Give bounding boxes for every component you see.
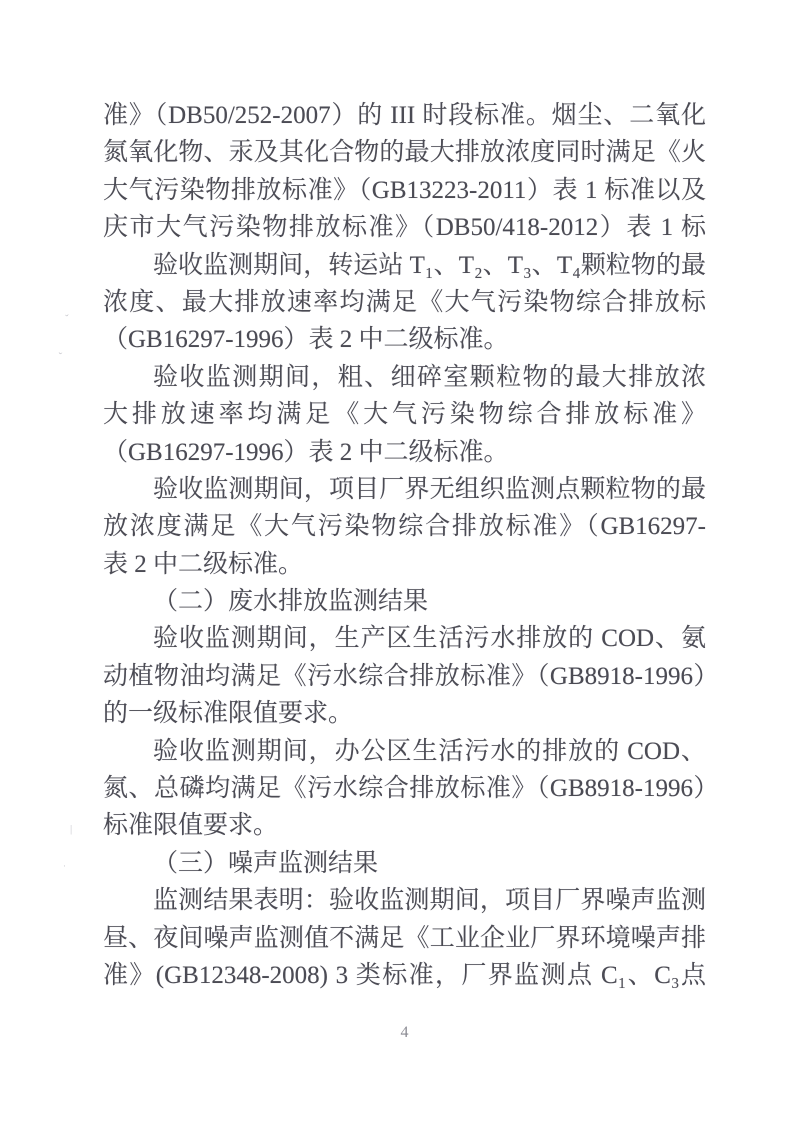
text-line: 大排放速率均满足《大气污染物综合排放标准》 (103, 396, 706, 433)
text-line: 验收监测期间，生产区生活污水排放的 COD、氨氮、SS、 (103, 620, 706, 657)
text-line: 验收监测期间，转运站 T₁、T₂、T₃、T₄颗粒物的最大排放 (103, 247, 706, 284)
text-line: （GB16297-1996）表 2 中二级标准。 (103, 321, 706, 358)
section-heading-wastewater: （二）废水排放监测结果 (103, 583, 706, 620)
scan-artifact: ˇ (57, 352, 62, 363)
text-line: 放浓度满足《大气污染物综合排放标准》（GB16297-1996） (103, 508, 706, 545)
text-line: 验收监测期间，粗、细碎室颗粒物的最大排放浓度、最 (103, 359, 706, 396)
scan-artifact: | (70, 824, 72, 835)
text-line: 表 2 中二级标准。 (103, 546, 706, 583)
text-line: 庆市大气污染物排放标准》（DB50/418-2012）表 1 标准。 (103, 209, 706, 246)
text-line: 动植物油均满足《污水综合排放标准》（GB8918-1996）表 4 (103, 658, 706, 695)
text-line: 氮氧化物、汞及其化合物的最大排放浓度同时满足《火电厂 (103, 134, 706, 171)
text-line: 氮、总磷均满足《污水综合排放标准》（GB8918-1996）三级 (103, 770, 706, 807)
text-line: 的一级标准限值要求。 (103, 695, 706, 732)
text-line: 标准限值要求。 (103, 807, 706, 844)
text-line: 监测结果表明：验收监测期间，项目厂界噪声监测点 C₂ (103, 882, 706, 919)
section-heading-noise: （三）噪声监测结果 (103, 845, 706, 882)
scan-artifact: · (63, 862, 66, 871)
text-line: 昼、夜间噪声监测值不满足《工业企业厂界环境噪声排放标 (103, 920, 706, 957)
text-line: 浓度、最大排放速率均满足《大气污染物综合排放标准》 (103, 284, 706, 321)
text-line: 验收监测期间，项目厂界无组织监测点颗粒物的最大排 (103, 471, 706, 508)
document-page: ˇ ˇ | · 准》（DB50/252-2007）的 III 时段标准。烟尘、二… (0, 0, 798, 1127)
body-text: 准》（DB50/252-2007）的 III 时段标准。烟尘、二氧化硫、 氮氧化… (103, 97, 706, 994)
scan-artifact: ˇ (65, 314, 71, 326)
text-line: 验收监测期间，办公区生活污水的排放的 COD、SS、氨 (103, 733, 706, 770)
text-line: （GB16297-1996）表 2 中二级标准。 (103, 434, 706, 471)
text-line: 大气污染物排放标准》（GB13223-2011）表 1 标准以及《重 (103, 172, 706, 209)
page-number: 4 (103, 1024, 706, 1042)
text-line: 准》(GB12348-2008) 3 类标准，厂界监测点 C₁、C₃点昼、夜 (103, 957, 706, 994)
text-line: 准》（DB50/252-2007）的 III 时段标准。烟尘、二氧化硫、 (103, 97, 706, 134)
